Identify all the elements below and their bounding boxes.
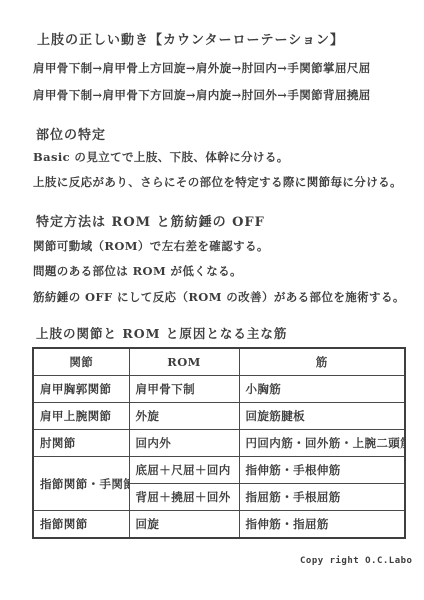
- cell-rom: 肩甲骨下制: [129, 376, 239, 403]
- table-row: 肘関節 回内外 円回内筋・回外筋・上腕二頭筋: [33, 430, 405, 457]
- joints-rom-muscles-table: 関節 ROM 筋 肩甲胸郭関節 肩甲骨下制 小胸筋 肩甲上腕関節 外旋 回旋筋腱…: [32, 347, 406, 539]
- flow-sequence-line: 肩甲骨下制→肩甲骨下方回旋→肩内旋→肘回外→手関節背屈撓屈: [33, 87, 371, 103]
- cell-rom: 外旋: [129, 403, 239, 430]
- table-header-row: 関節 ROM 筋: [33, 348, 405, 376]
- paragraph: Basic の見立てで上肢、下肢、体幹に分ける。: [33, 149, 289, 165]
- cell-muscle: 指屈筋・手根屈筋: [239, 484, 405, 511]
- cell-muscle: 円回内筋・回外筋・上腕二頭筋: [239, 430, 405, 457]
- section-heading-method: 特定方法は ROM と筋紡錘の OFF: [36, 211, 265, 230]
- copyright-text: Copy right O.C.Labo: [300, 556, 412, 566]
- paragraph: 関節可動域（ROM）で左右差を確認する。: [33, 238, 269, 254]
- cell-muscle: 小胸筋: [239, 376, 405, 403]
- cell-rom: 回内外: [129, 430, 239, 457]
- document-page: 上肢の正しい動き【カウンターローテーション】 肩甲骨下制→肩甲骨上方回旋→肩外旋…: [0, 0, 424, 600]
- cell-muscle: 指伸筋・手根伸筋: [239, 457, 405, 484]
- column-header-muscle: 筋: [239, 348, 405, 376]
- cell-joint: 肩甲上腕関節: [33, 403, 129, 430]
- section-heading-part-identification: 部位の特定: [36, 124, 106, 143]
- cell-joint: 肘関節: [33, 430, 129, 457]
- table-row: 肩甲上腕関節 外旋 回旋筋腱板: [33, 403, 405, 430]
- paragraph: 問題のある部位は ROM が低くなる。: [33, 263, 242, 279]
- paragraph: 筋紡錘の OFF にして反応（ROM の改善）がある部位を施術する。: [33, 289, 405, 305]
- table-heading: 上肢の関節と ROM と原因となる主な筋: [36, 324, 287, 342]
- cell-rom: 底屈＋尺屈＋回内: [129, 457, 239, 484]
- cell-rom: 背屈＋撓屈＋回外: [129, 484, 239, 511]
- cell-muscle: 指伸筋・指屈筋: [239, 511, 405, 539]
- page-title: 上肢の正しい動き【カウンターローテーション】: [37, 29, 344, 48]
- cell-joint: 肩甲胸郭関節: [33, 376, 129, 403]
- flow-sequence-line: 肩甲骨下制→肩甲骨上方回旋→肩外旋→肘回内→手関節掌屈尺屈: [33, 60, 371, 76]
- paragraph: 上肢に反応があり、さらにその部位を特定する際に関節毎に分ける。: [33, 174, 402, 190]
- table-row: 指節関節 回旋 指伸筋・指屈筋: [33, 511, 405, 539]
- column-header-joint: 関節: [33, 348, 129, 376]
- table-row: 指節関節・手関節 底屈＋尺屈＋回内 指伸筋・手根伸筋: [33, 457, 405, 484]
- cell-joint: 指節関節・手関節: [33, 457, 129, 511]
- table-row: 肩甲胸郭関節 肩甲骨下制 小胸筋: [33, 376, 405, 403]
- cell-muscle: 回旋筋腱板: [239, 403, 405, 430]
- cell-rom: 回旋: [129, 511, 239, 539]
- cell-joint: 指節関節: [33, 511, 129, 539]
- column-header-rom: ROM: [129, 348, 239, 376]
